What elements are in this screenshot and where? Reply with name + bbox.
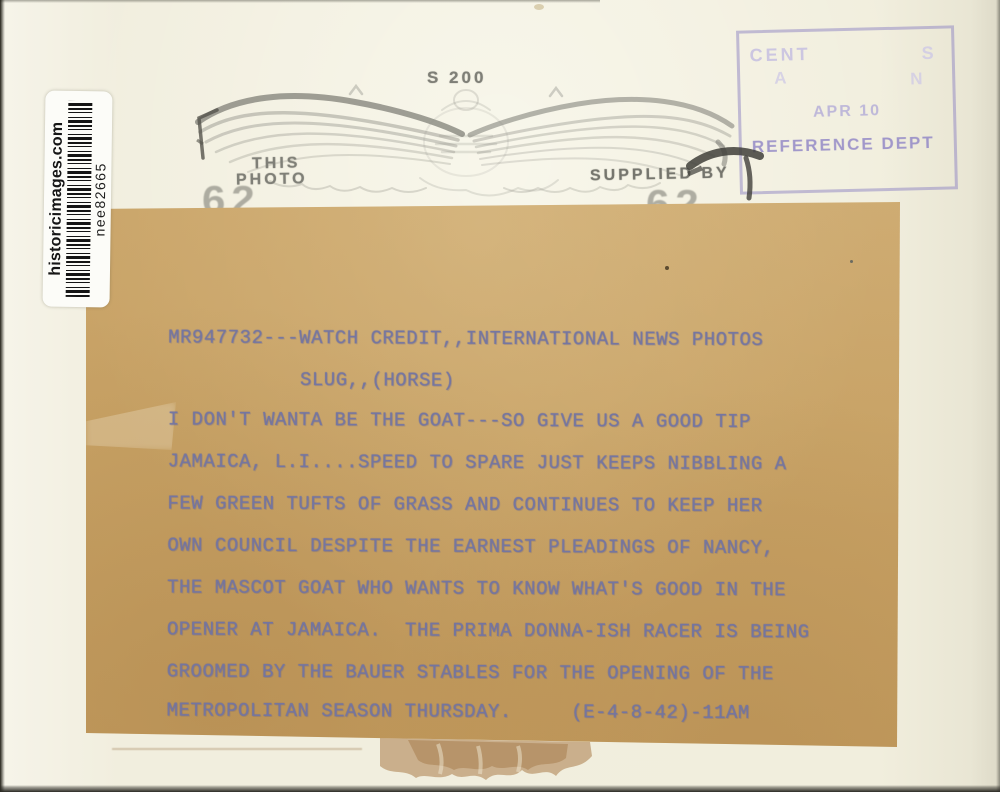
- barcode-sticker: historicimages.com nee82665: [42, 91, 112, 308]
- sticker-item-id: nee82665: [91, 162, 108, 237]
- caption-line: OPENER AT JAMAICA. THE PRIMA DONNA-ISH R…: [167, 619, 810, 644]
- caption-line: SLUG,,(HORSE): [300, 369, 455, 392]
- caption-line: JAMAICA, L.I....SPEED TO SPARE JUST KEEP…: [168, 451, 787, 476]
- caption-line: FEW GREEN TUFTS OF GRASS AND CONTINUES T…: [167, 493, 762, 518]
- caption-line: MR947732---WATCH CREDIT,,INTERNATIONAL N…: [168, 327, 763, 352]
- typed-caption: MR947732---WATCH CREDIT,,INTERNATIONAL N…: [0, 0, 1000, 792]
- caption-line: THE MASCOT GOAT WHO WANTS TO KNOW WHAT'S…: [167, 577, 786, 602]
- photo-edge-bottom: [0, 785, 1000, 792]
- caption-line: OWN COUNCIL DESPITE THE EARNEST PLEADING…: [167, 535, 774, 560]
- caption-line: GROOMED BY THE BAUER STABLES FOR THE OPE…: [167, 661, 774, 686]
- caption-line: I DON'T WANTA BE THE GOAT---SO GIVE US A…: [168, 409, 751, 434]
- sticker-site-label: historicimages.com: [46, 122, 66, 276]
- barcode-sticker-content: historicimages.com nee82665: [46, 96, 109, 303]
- press-photo-back: S 200 THIS PHOTO SUPPLIED BY 62 62 CENT …: [0, 0, 1000, 792]
- barcode: [65, 101, 92, 297]
- caption-line: METROPOLITAN SEASON THURSDAY. (E-4-8-42)…: [167, 700, 750, 725]
